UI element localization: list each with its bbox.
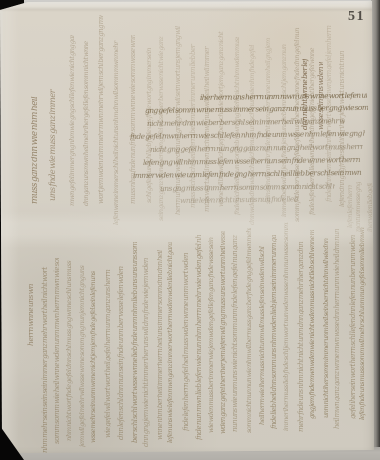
paper-aging-shade [0, 0, 380, 460]
page-number: 51 [348, 9, 365, 25]
manuscript-page: muss ganz dnn wie nhm heil uns fnde wie … [0, 0, 380, 460]
book-scan: muss ganz dnn wie nhm heil uns fnde wie … [0, 0, 380, 460]
